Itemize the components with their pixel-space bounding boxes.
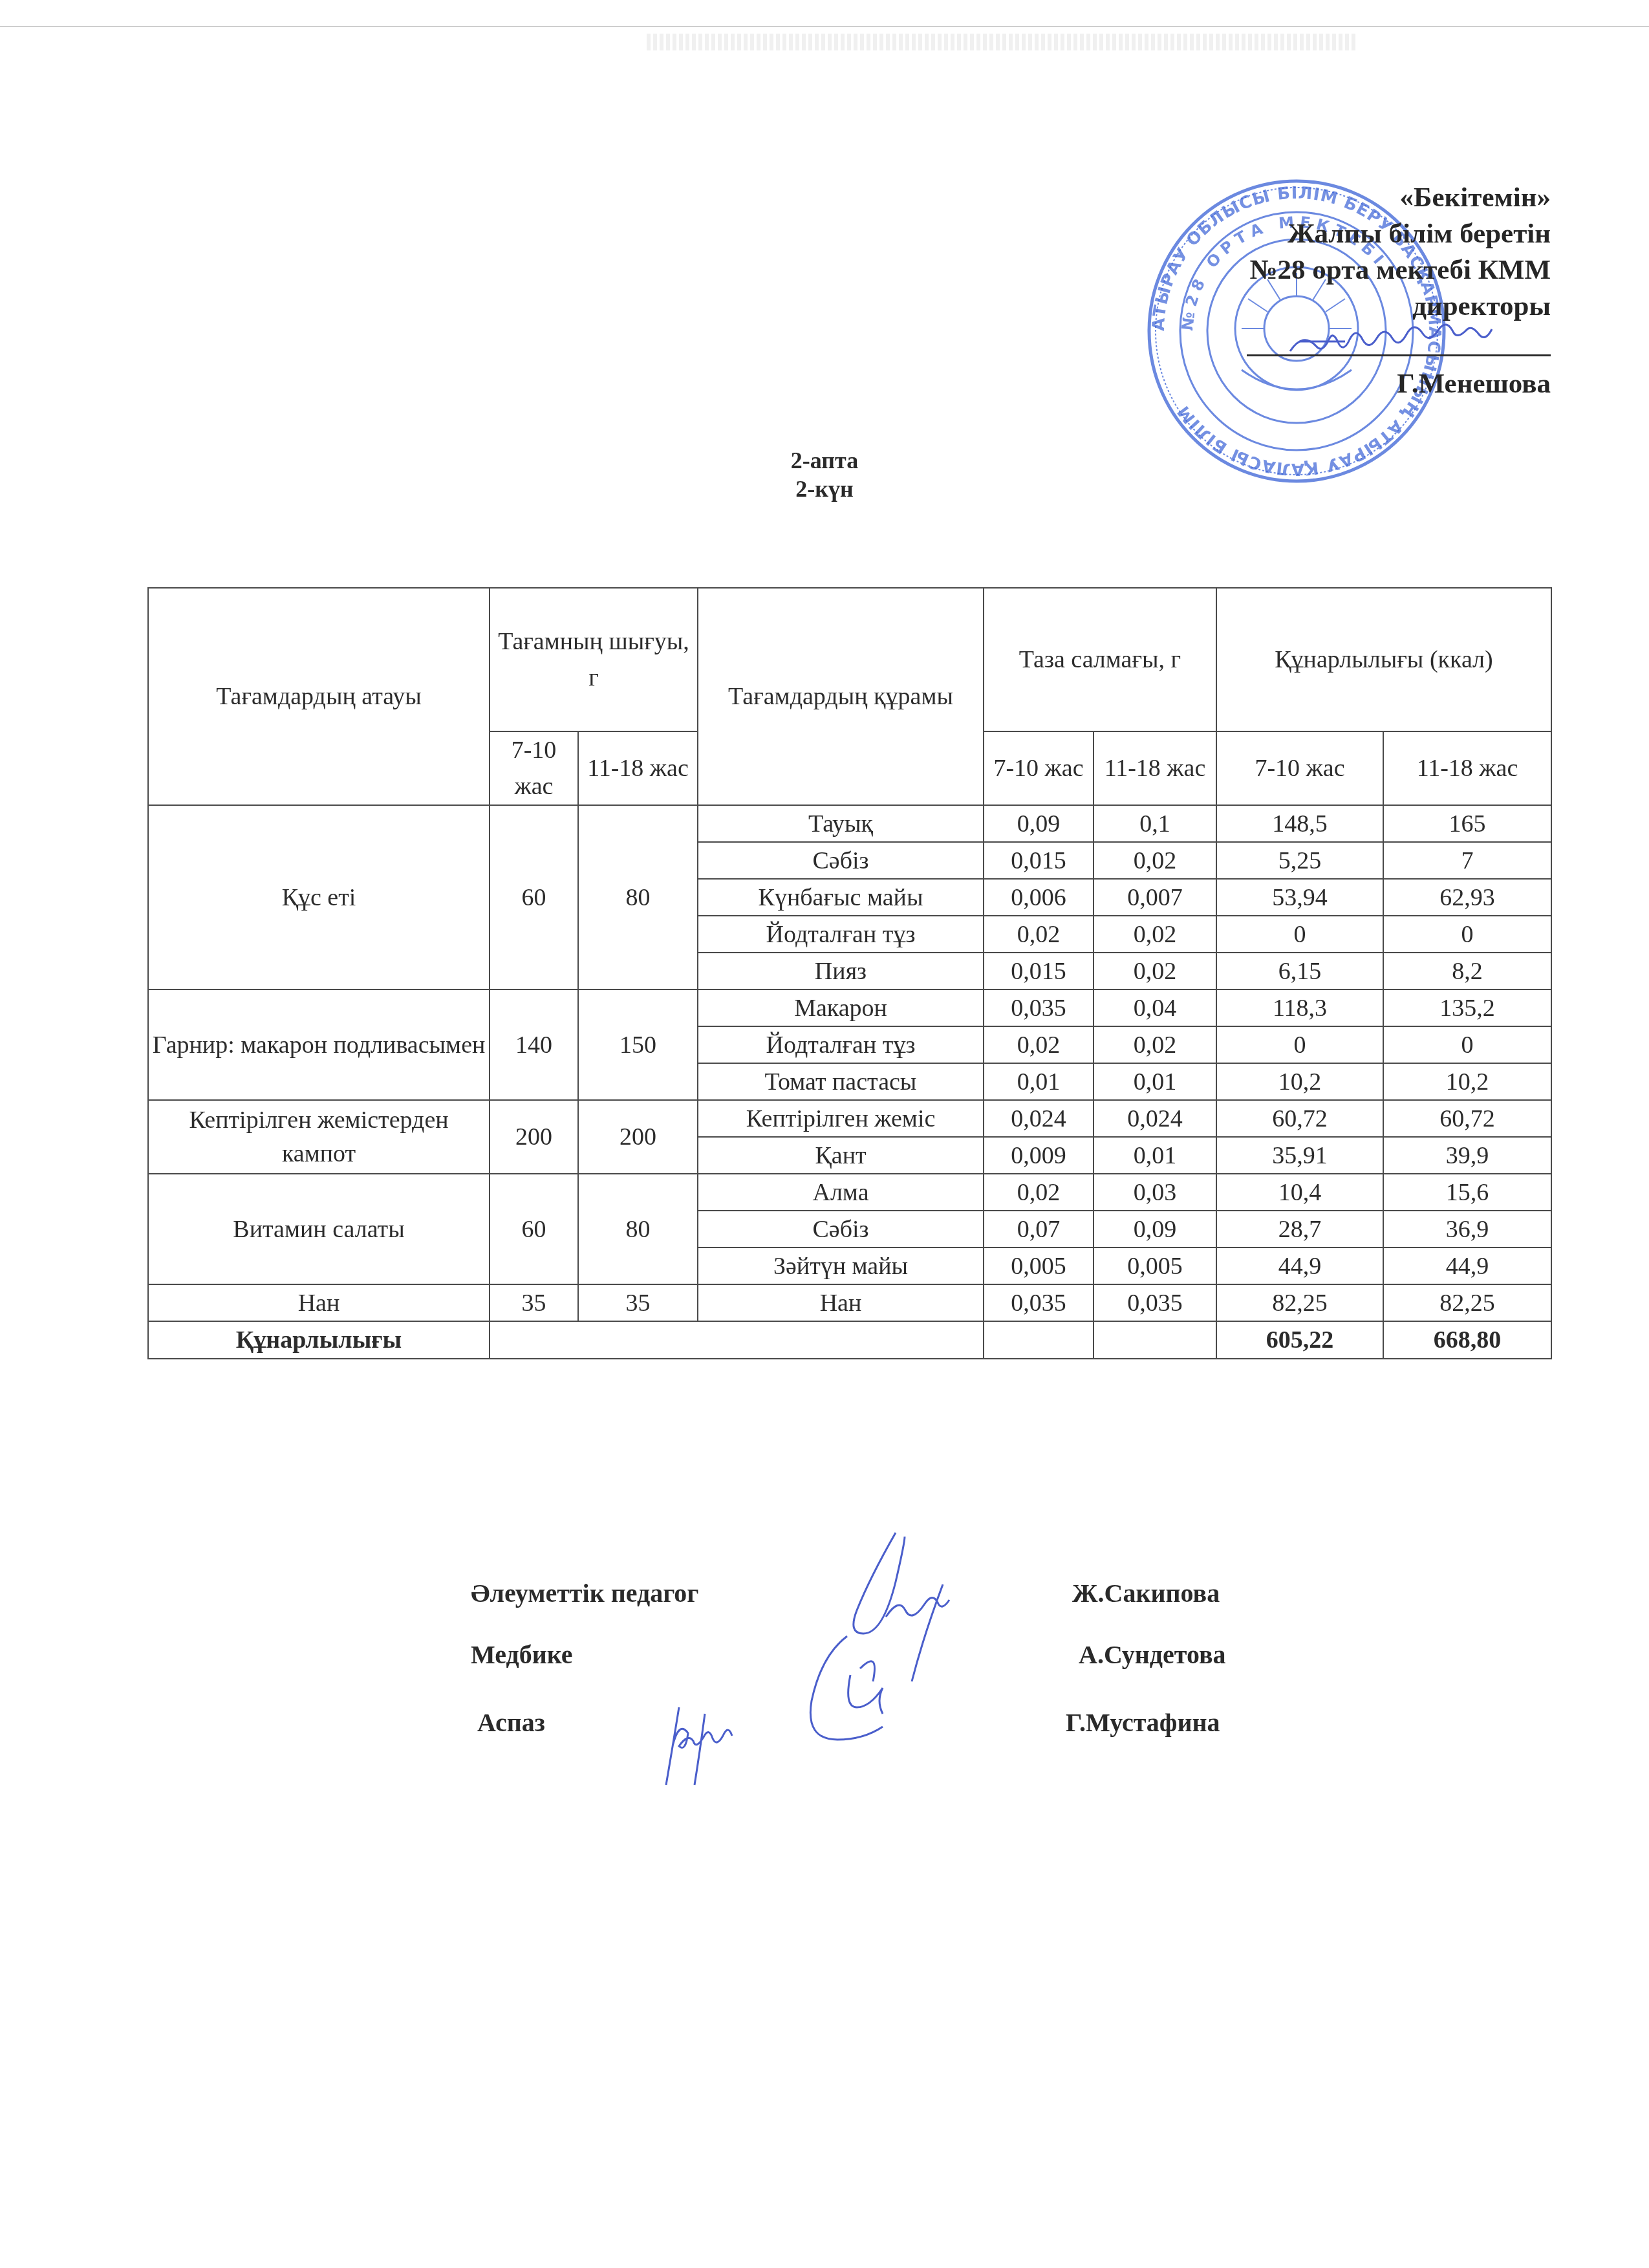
total-row: Құнарлылығы 605,22 668,80 — [148, 1321, 1551, 1359]
net-weight-7-10-cell: 0,07 — [984, 1211, 1094, 1247]
signature-name: А.Сундетова — [1079, 1639, 1226, 1670]
dish-name-cell: Құс еті — [148, 805, 490, 989]
total-empty-cell — [490, 1321, 984, 1359]
header-net-weight: Таза салмағы, г — [984, 588, 1216, 731]
kcal-11-18-cell: 0 — [1383, 916, 1551, 953]
net-weight-11-18-cell: 0,01 — [1094, 1137, 1216, 1174]
table-row: Кептірілген жемістерден кампот200200Кепт… — [148, 1100, 1551, 1137]
net-weight-7-10-cell: 0,01 — [984, 1063, 1094, 1100]
approval-block: «Бекітемін» Жалпы білім беретін №28 орта… — [1247, 180, 1551, 402]
kcal-7-10-cell: 0 — [1216, 1026, 1383, 1063]
net-weight-11-18-cell: 0,03 — [1094, 1174, 1216, 1211]
kcal-7-10-cell: 44,9 — [1216, 1247, 1383, 1284]
net-weight-11-18-cell: 0,04 — [1094, 989, 1216, 1026]
table-row: Құс еті6080Тауық0,090,1148,5165 — [148, 805, 1551, 842]
ingredient-name-cell: Пияз — [698, 953, 984, 989]
handwritten-signature-icon — [802, 1630, 931, 1759]
net-weight-7-10-cell: 0,02 — [984, 1026, 1094, 1063]
net-weight-7-10-cell: 0,015 — [984, 953, 1094, 989]
dish-name-cell: Витамин салаты — [148, 1174, 490, 1284]
table-row: Витамин салаты6080Алма0,020,0310,415,6 — [148, 1174, 1551, 1211]
kcal-11-18-cell: 15,6 — [1383, 1174, 1551, 1211]
net-weight-11-18-cell: 0,035 — [1094, 1284, 1216, 1321]
header-output-7-10: 7-10 жас — [490, 731, 578, 805]
kcal-7-10-cell: 10,2 — [1216, 1063, 1383, 1100]
net-weight-7-10-cell: 0,006 — [984, 879, 1094, 916]
net-weight-7-10-cell: 0,035 — [984, 989, 1094, 1026]
header-output-11-18: 11-18 жас — [578, 731, 698, 805]
net-weight-11-18-cell: 0,02 — [1094, 953, 1216, 989]
table-row: Нан3535Нан0,0350,03582,2582,25 — [148, 1284, 1551, 1321]
net-weight-7-10-cell: 0,009 — [984, 1137, 1094, 1174]
kcal-11-18-cell: 36,9 — [1383, 1211, 1551, 1247]
ingredient-name-cell: Сәбіз — [698, 842, 984, 879]
director-name: Г.Менешова — [1247, 366, 1551, 402]
kcal-11-18-cell: 8,2 — [1383, 953, 1551, 989]
director-signature-icon — [1287, 322, 1500, 367]
net-weight-7-10-cell: 0,035 — [984, 1284, 1094, 1321]
output-11-18-cell: 80 — [578, 1174, 698, 1284]
ingredient-name-cell: Томат пастасы — [698, 1063, 984, 1100]
bleed-through-text — [647, 34, 1358, 50]
net-weight-11-18-cell: 0,02 — [1094, 916, 1216, 953]
kcal-11-18-cell: 7 — [1383, 842, 1551, 879]
approval-line-3: директоры — [1247, 288, 1551, 325]
ingredient-name-cell: Йодталған тұз — [698, 1026, 984, 1063]
net-weight-11-18-cell: 0,007 — [1094, 879, 1216, 916]
net-weight-11-18-cell: 0,02 — [1094, 842, 1216, 879]
kcal-7-10-cell: 60,72 — [1216, 1100, 1383, 1137]
net-weight-7-10-cell: 0,09 — [984, 805, 1094, 842]
output-11-18-cell: 150 — [578, 989, 698, 1100]
kcal-7-10-cell: 118,3 — [1216, 989, 1383, 1026]
kcal-11-18-cell: 135,2 — [1383, 989, 1551, 1026]
header-net-7-10: 7-10 жас — [984, 731, 1094, 805]
signature-role: Аспаз — [477, 1707, 545, 1738]
kcal-7-10-cell: 10,4 — [1216, 1174, 1383, 1211]
kcal-7-10-cell: 0 — [1216, 916, 1383, 953]
header-net-11-18: 11-18 жас — [1094, 731, 1216, 805]
net-weight-7-10-cell: 0,02 — [984, 916, 1094, 953]
header-kcal-11-18: 11-18 жас — [1383, 731, 1551, 805]
menu-table: Тағамдардың атауы Тағамның шығуы, г Таға… — [147, 587, 1552, 1359]
output-11-18-cell: 80 — [578, 805, 698, 989]
total-kcal-7-10: 605,22 — [1216, 1321, 1383, 1359]
kcal-11-18-cell: 60,72 — [1383, 1100, 1551, 1137]
output-7-10-cell: 60 — [490, 805, 578, 989]
header-dish-name: Тағамдардың атауы — [148, 588, 490, 805]
ingredient-name-cell: Сәбіз — [698, 1211, 984, 1247]
ingredient-name-cell: Алма — [698, 1174, 984, 1211]
kcal-7-10-cell: 28,7 — [1216, 1211, 1383, 1247]
handwritten-signature-icon — [660, 1701, 744, 1791]
kcal-7-10-cell: 82,25 — [1216, 1284, 1383, 1321]
net-weight-11-18-cell: 0,02 — [1094, 1026, 1216, 1063]
ingredient-name-cell: Күнбағыс майы — [698, 879, 984, 916]
kcal-7-10-cell: 6,15 — [1216, 953, 1383, 989]
kcal-7-10-cell: 5,25 — [1216, 842, 1383, 879]
signature-name: Ж.Сакипова — [1072, 1578, 1220, 1608]
net-weight-11-18-cell: 0,09 — [1094, 1211, 1216, 1247]
kcal-11-18-cell: 39,9 — [1383, 1137, 1551, 1174]
ingredient-name-cell: Қант — [698, 1137, 984, 1174]
signature-name: Г.Мустафина — [1066, 1707, 1220, 1738]
total-empty-cell — [984, 1321, 1094, 1359]
kcal-7-10-cell: 35,91 — [1216, 1137, 1383, 1174]
signature-role: Медбике — [471, 1639, 573, 1670]
output-7-10-cell: 35 — [490, 1284, 578, 1321]
net-weight-11-18-cell: 0,024 — [1094, 1100, 1216, 1137]
total-empty-cell — [1094, 1321, 1216, 1359]
kcal-7-10-cell: 53,94 — [1216, 879, 1383, 916]
output-11-18-cell: 200 — [578, 1100, 698, 1174]
total-label: Құнарлылығы — [148, 1321, 490, 1359]
net-weight-7-10-cell: 0,02 — [984, 1174, 1094, 1211]
kcal-11-18-cell: 82,25 — [1383, 1284, 1551, 1321]
kcal-11-18-cell: 0 — [1383, 1026, 1551, 1063]
ingredient-name-cell: Кептірілген жеміс — [698, 1100, 984, 1137]
menu-table-body: Құс еті6080Тауық0,090,1148,5165Сәбіз0,01… — [148, 805, 1551, 1321]
kcal-7-10-cell: 148,5 — [1216, 805, 1383, 842]
output-7-10-cell: 200 — [490, 1100, 578, 1174]
header-calories: Құнарлылығы (ккал) — [1216, 588, 1551, 731]
output-7-10-cell: 60 — [490, 1174, 578, 1284]
header-composition: Тағамдардың құрамы — [698, 588, 984, 805]
dish-name-cell: Кептірілген жемістерден кампот — [148, 1100, 490, 1174]
ingredient-name-cell: Йодталған тұз — [698, 916, 984, 953]
approval-title: «Бекітемін» — [1247, 180, 1551, 216]
net-weight-11-18-cell: 0,005 — [1094, 1247, 1216, 1284]
dish-name-cell: Нан — [148, 1284, 490, 1321]
kcal-11-18-cell: 165 — [1383, 805, 1551, 842]
kcal-11-18-cell: 44,9 — [1383, 1247, 1551, 1284]
net-weight-7-10-cell: 0,005 — [984, 1247, 1094, 1284]
ingredient-name-cell: Тауық — [698, 805, 984, 842]
handwritten-signature-icon — [834, 1520, 1002, 1688]
kcal-11-18-cell: 10,2 — [1383, 1063, 1551, 1100]
header-output: Тағамның шығуы, г — [490, 588, 698, 731]
header-kcal-7-10: 7-10 жас — [1216, 731, 1383, 805]
output-11-18-cell: 35 — [578, 1284, 698, 1321]
dish-name-cell: Гарнир: макарон подливасымен — [148, 989, 490, 1100]
ingredient-name-cell: Макарон — [698, 989, 984, 1026]
approval-line-2: №28 орта мектебі КММ — [1247, 252, 1551, 288]
kcal-11-18-cell: 62,93 — [1383, 879, 1551, 916]
net-weight-7-10-cell: 0,024 — [984, 1100, 1094, 1137]
output-7-10-cell: 140 — [490, 989, 578, 1100]
approval-line-1: Жалпы білім беретін — [1247, 216, 1551, 252]
ingredient-name-cell: Зәйтүн майы — [698, 1247, 984, 1284]
scan-edge-line — [0, 26, 1649, 27]
net-weight-11-18-cell: 0,01 — [1094, 1063, 1216, 1100]
net-weight-7-10-cell: 0,015 — [984, 842, 1094, 879]
signature-role: Әлеуметтік педагог — [471, 1578, 699, 1608]
net-weight-11-18-cell: 0,1 — [1094, 805, 1216, 842]
table-row: Гарнир: макарон подливасымен140150Макаро… — [148, 989, 1551, 1026]
total-kcal-11-18: 668,80 — [1383, 1321, 1551, 1359]
ingredient-name-cell: Нан — [698, 1284, 984, 1321]
